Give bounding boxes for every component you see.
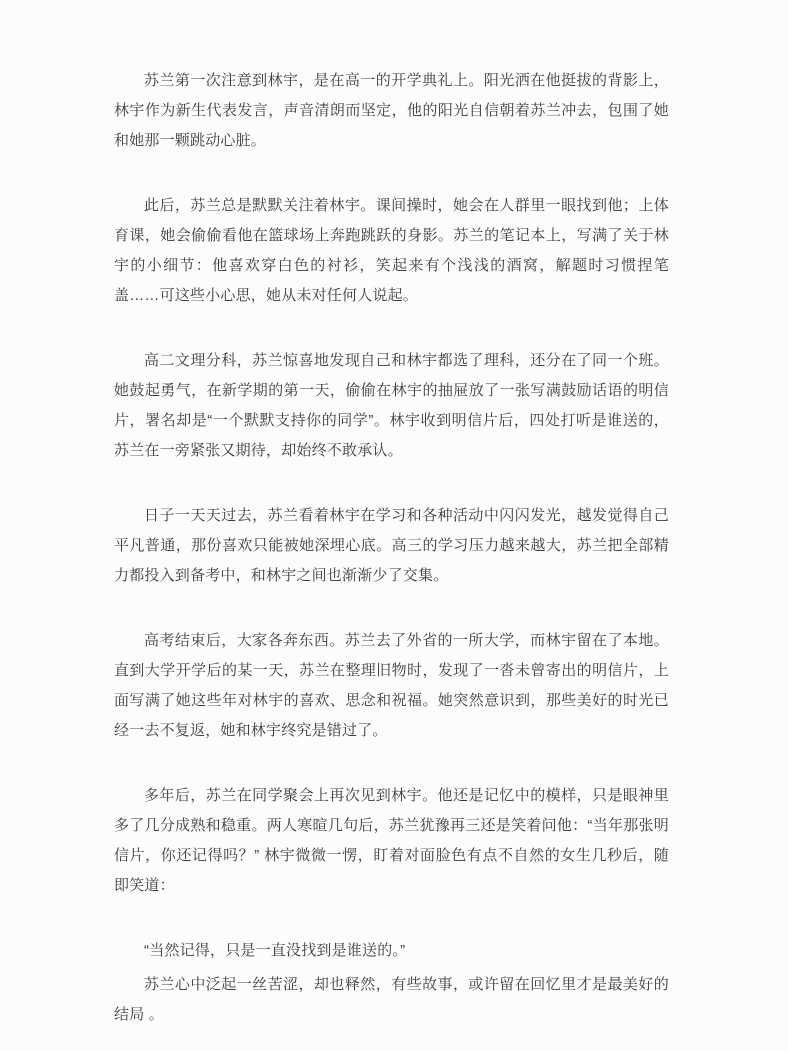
story-paragraph: 多年后，苏兰在同学聚会上再次见到林宇。他还是记忆中的模样，只是眼神里多了几分成熟… [114,781,669,901]
story-paragraph: 此后，苏兰总是默默关注着林宇。课间操时，她会在人群里一眼找到他；上体育课，她会偷… [114,191,669,311]
story-paragraph: 高考结束后，大家各奔东西。苏兰去了外省的一所大学，而林宇留在了本地。直到大学开学… [114,626,669,746]
story-text-block: 苏兰第一次注意到林宇，是在高一的开学典礼上。阳光洒在他挺拔的背影上，林宇作为新生… [114,66,669,1030]
document-page: 苏兰第一次注意到林宇，是在高一的开学典礼上。阳光洒在他挺拔的背影上，林宇作为新生… [0,0,788,1051]
story-paragraph: 高二文理分科，苏兰惊喜地发现自己和林宇都选了理科，还分在了同一个班。她鼓起勇气，… [114,346,669,466]
story-paragraph: 苏兰第一次注意到林宇，是在高一的开学典礼上。阳光洒在他挺拔的背影上，林宇作为新生… [114,66,669,156]
story-paragraph: 日子一天天过去，苏兰看着林宇在学习和各种活动中闪闪发光，越发觉得自己平凡普通，那… [114,501,669,591]
story-paragraph: 苏兰心中泛起一丝苦涩，却也释然，有些故事，或许留在回忆里才是最美好的结局 。 [114,970,669,1030]
story-paragraph-quote: “当然记得，只是一直没找到是谁送的。” [114,936,669,966]
